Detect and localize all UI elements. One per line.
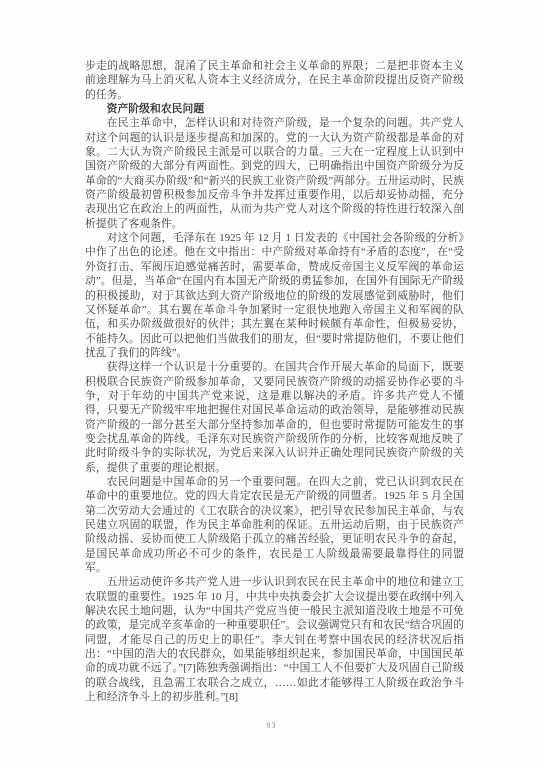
paragraph-mao-analysis: 对这个问题，毛泽东在 1925 年 12 月 1 日发表的《中国社会各阶级的分析… bbox=[85, 231, 464, 360]
section-heading: 资产阶级和农民问题 bbox=[85, 102, 464, 116]
paragraph-peasant-question: 农民问题是中国革命的另一个重要问题。在四大之前，党已认识到农民在革命中的重要地位… bbox=[85, 475, 464, 575]
paragraph-united-front: 获得这样一个认识是十分重要的。在国共合作开展大革命的局面下，既要积极联合民族资产… bbox=[85, 360, 464, 475]
document-page: 步走的战略思想，混淆了民主革命和社会主义革命的界限；二是把非资本主义前途理解为马… bbox=[0, 0, 543, 768]
paragraph-continuation: 步走的战略思想，混淆了民主革命和社会主义革命的界限；二是把非资本主义前途理解为马… bbox=[85, 59, 464, 102]
paragraph-bourgeoisie-recognition: 在民主革命中，怎样认识和对待资产阶级，是一个复杂的问题。共产党人对这个问题的认识… bbox=[85, 116, 464, 231]
page-number: 93 bbox=[0, 721, 543, 730]
paragraph-worker-peasant-alliance: 五卅运动使许多共产党人进一步认识到农民在民主革命中的地位和建立工农联盟的重要性。… bbox=[85, 575, 464, 704]
text-column: 步走的战略思想，混淆了民主革命和社会主义革命的界限；二是把非资本主义前途理解为马… bbox=[85, 59, 464, 704]
